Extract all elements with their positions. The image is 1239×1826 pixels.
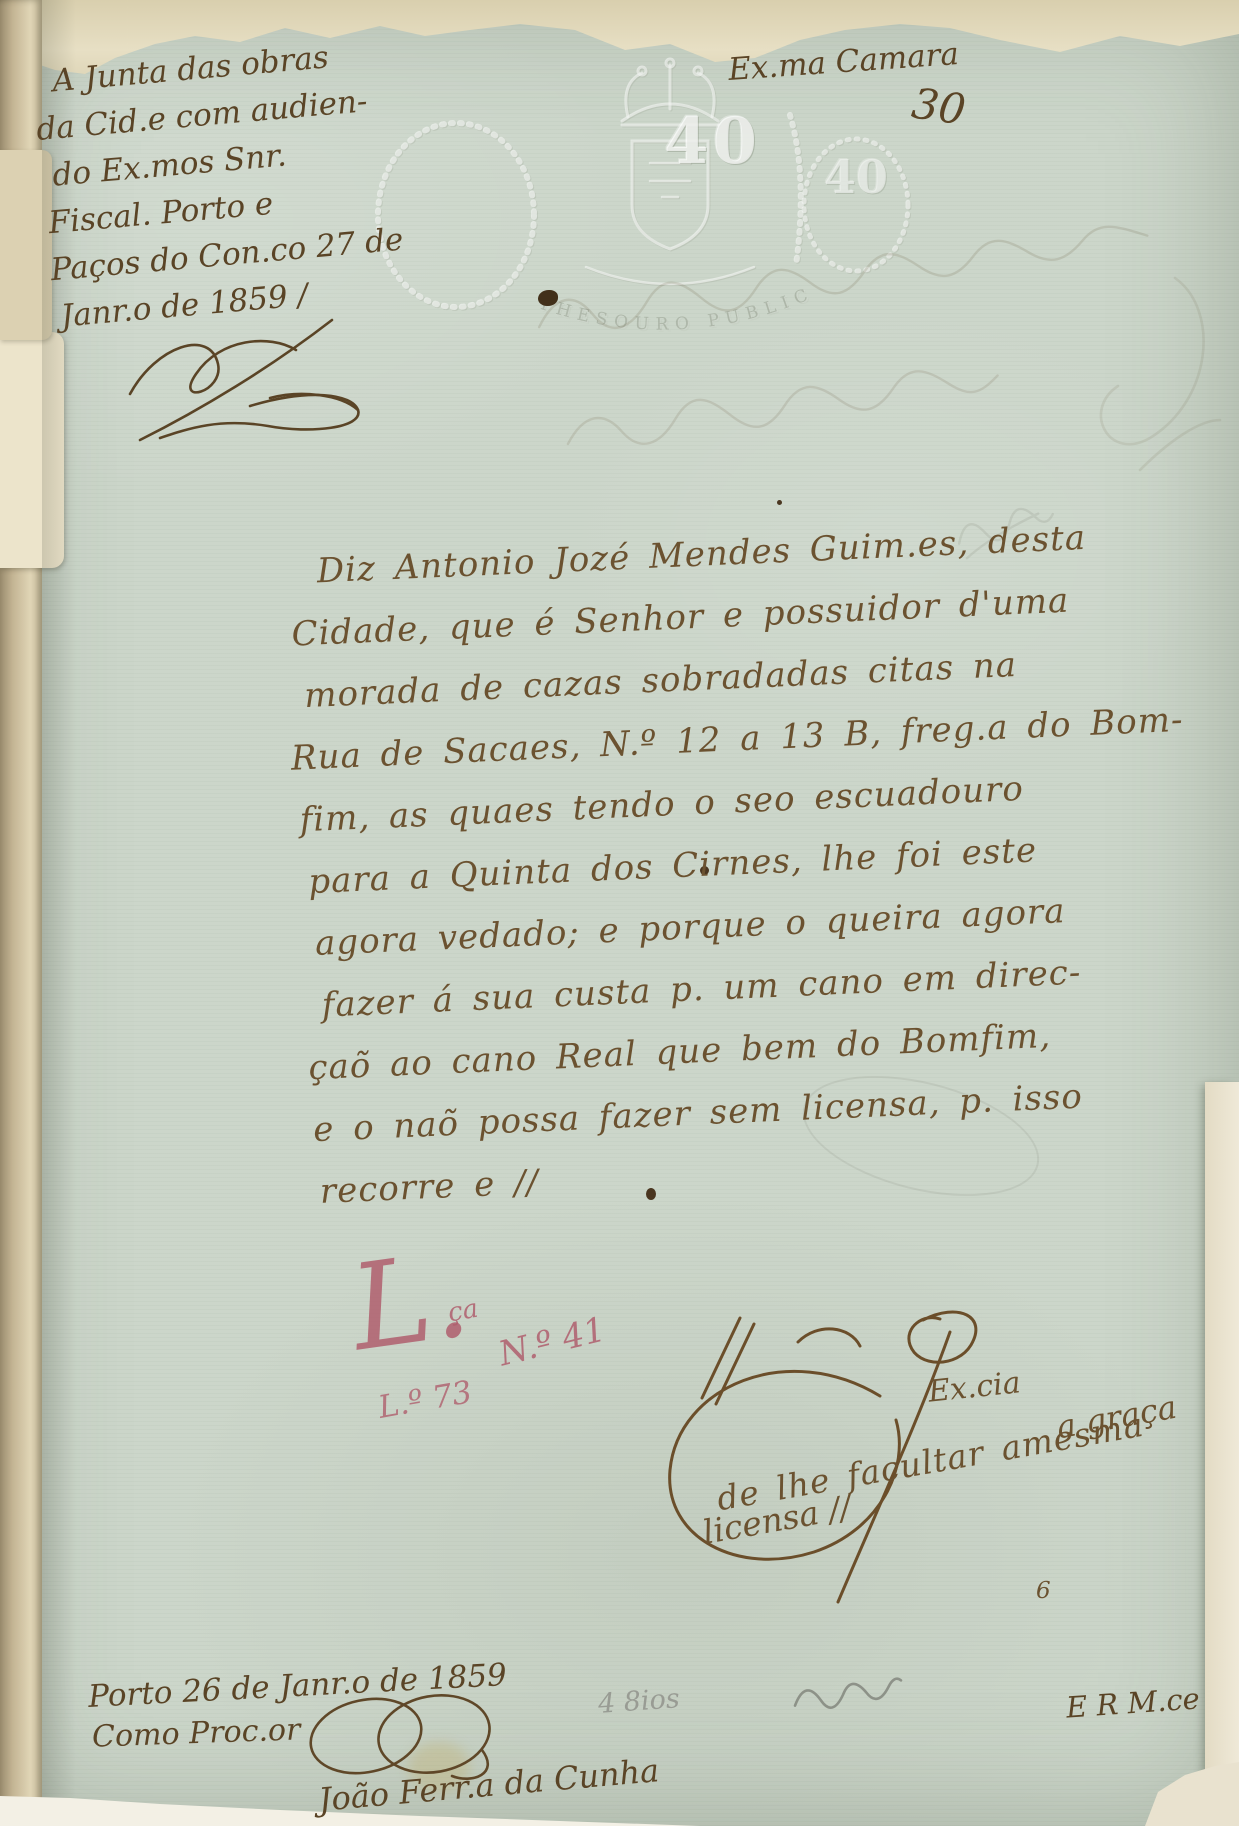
pencil-scribble <box>786 1662 911 1724</box>
backing-paper-right <box>1205 1082 1239 1826</box>
erm-formula: E R M.ce <box>1065 1681 1201 1724</box>
page-number-small: 6 <box>1036 1578 1051 1604</box>
marginal-despatch-note: A Junta das obras da Cid.e com audien- d… <box>36 29 409 340</box>
document-number: 30 <box>909 79 969 135</box>
ink-speck <box>777 500 782 505</box>
registry-book: L.º 73 <box>376 1374 475 1426</box>
bleedthrough-flourish <box>1080 270 1230 490</box>
petition-body: Diz Antonio Jozé Mendes Guim.es, desta C… <box>288 503 1204 1223</box>
manuscript-page: THESOURO PUBLICO 40 40 A Junta das obras… <box>0 0 1239 1826</box>
procurator-role: Como Proc.or <box>91 1712 300 1754</box>
marginal-signature-flourish <box>100 310 380 450</box>
ink-blot <box>538 290 558 306</box>
stamp-value-side: 40 <box>824 150 888 204</box>
stamp-value: 40 <box>664 104 761 179</box>
registry-sup: ça <box>446 1294 481 1329</box>
pencil-note: 4 8ios <box>597 1683 681 1720</box>
registry-number: N.º 41 <box>495 1309 610 1374</box>
bleedthrough-writing <box>557 340 1032 475</box>
